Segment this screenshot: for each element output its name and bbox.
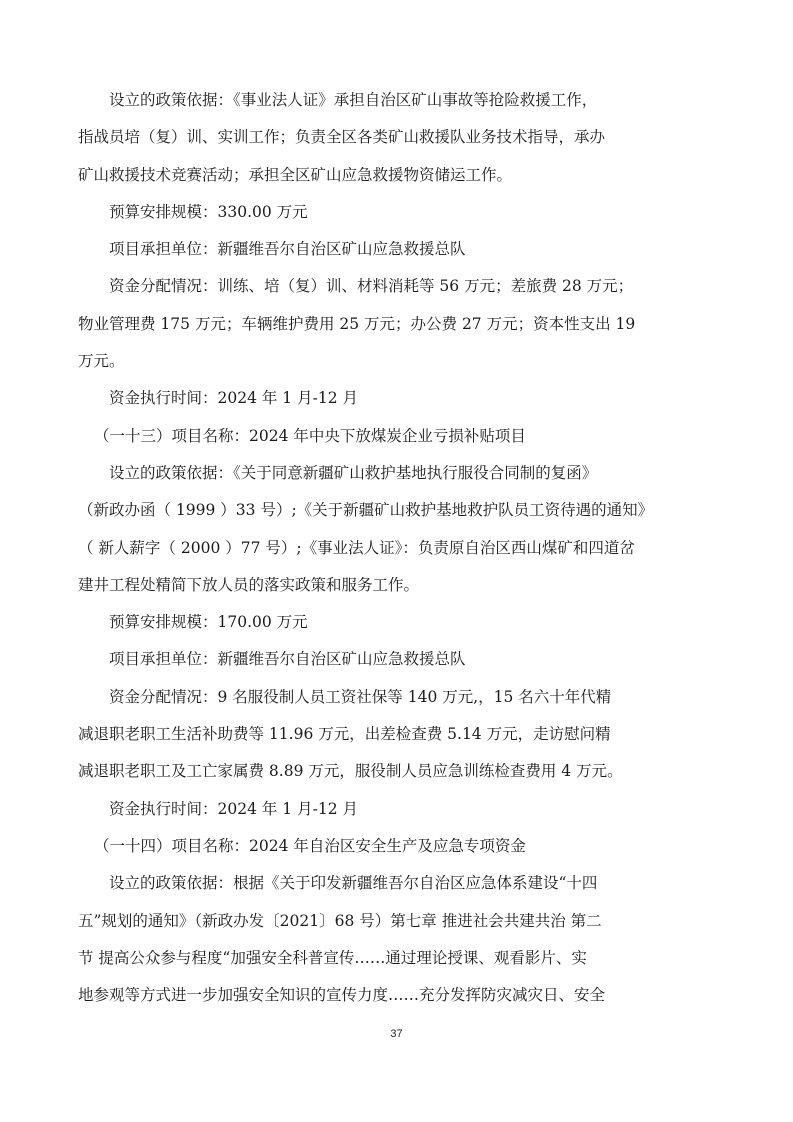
- text-line: 指战员培（复）训、实训工作；负责全区各类矿山救援队业务技术指导，承办: [78, 119, 710, 156]
- text-line: 矿山救援技术竞赛活动；承担全区矿山应急救援物资储运工作。: [78, 157, 710, 194]
- text-line: 节 提高公众参与程度“加强安全科普宣传……通过理论授课、观看影片、实: [78, 940, 710, 977]
- document-body: 设立的政策依据：《事业法人证》承担自治区矿山事故等抢险救援工作， 指战员培（复）…: [78, 82, 710, 1014]
- policy-basis-line: 设立的政策依据：根据《关于印发新疆维吾尔自治区应急体系建设“十四: [78, 865, 710, 902]
- execution-time-line: 资金执行时间：2024 年 1 月-12 月: [78, 380, 710, 417]
- page-number: 37: [0, 1028, 793, 1040]
- document-page: 设立的政策依据：《事业法人证》承担自治区矿山事故等抢险救援工作， 指战员培（复）…: [0, 0, 793, 1122]
- text-line: 物业管理费 175 万元；车辆维护费用 25 万元；办公费 27 万元；资本性支…: [78, 306, 710, 343]
- responsible-unit-line: 项目承担单位：新疆维吾尔自治区矿山应急救援总队: [78, 231, 710, 268]
- text-line: 地参观等方式进一步加强安全知识的宣传力度……充分发挥防灾减灾日、安全: [78, 977, 710, 1014]
- section-heading-13: （一十三）项目名称：2024 年中央下放煤炭企业亏损补贴项目: [78, 418, 710, 455]
- fund-allocation-line: 资金分配情况：9 名服役制人员工资社保等 140 万元,，15 名六十年代精: [78, 679, 710, 716]
- text-line: （新政办函（ 1999 ）33 号）;《关于新疆矿山救护基地救护队员工资待遇的通…: [78, 492, 710, 529]
- budget-scale-line: 预算安排规模：330.00 万元: [78, 194, 710, 231]
- text-line: 减退职老职工及工亡家属费 8.89 万元，服役制人员应急训练检查费用 4 万元。: [78, 753, 710, 790]
- text-line: （ 新人薪字（ 2000 ）77 号）;《事业法人证》：负责原自治区西山煤矿和四…: [78, 530, 710, 567]
- text-line: 建井工程处精简下放人员的落实政策和服务工作。: [78, 567, 710, 604]
- text-line: 五”规划的通知》（新政办发〔2021〕68 号）第七章 推进社会共建共治 第二: [78, 903, 710, 940]
- text-line: 设立的政策依据：《事业法人证》承担自治区矿山事故等抢险救援工作，: [78, 82, 710, 119]
- fund-allocation-line: 资金分配情况：训练、培（复）训、材料消耗等 56 万元；差旅费 28 万元；: [78, 268, 710, 305]
- text-line: 万元。: [78, 343, 710, 380]
- execution-time-line: 资金执行时间：2024 年 1 月-12 月: [78, 791, 710, 828]
- responsible-unit-line: 项目承担单位：新疆维吾尔自治区矿山应急救援总队: [78, 641, 710, 678]
- section-heading-14: （一十四）项目名称：2024 年自治区安全生产及应急专项资金: [78, 828, 710, 865]
- text-line: 减退职老职工生活补助费等 11.96 万元，出差检查费 5.14 万元，走访慰问…: [78, 716, 710, 753]
- policy-basis-line: 设立的政策依据：《关于同意新疆矿山救护基地执行服役合同制的复函》: [78, 455, 710, 492]
- budget-scale-line: 预算安排规模：170.00 万元: [78, 604, 710, 641]
